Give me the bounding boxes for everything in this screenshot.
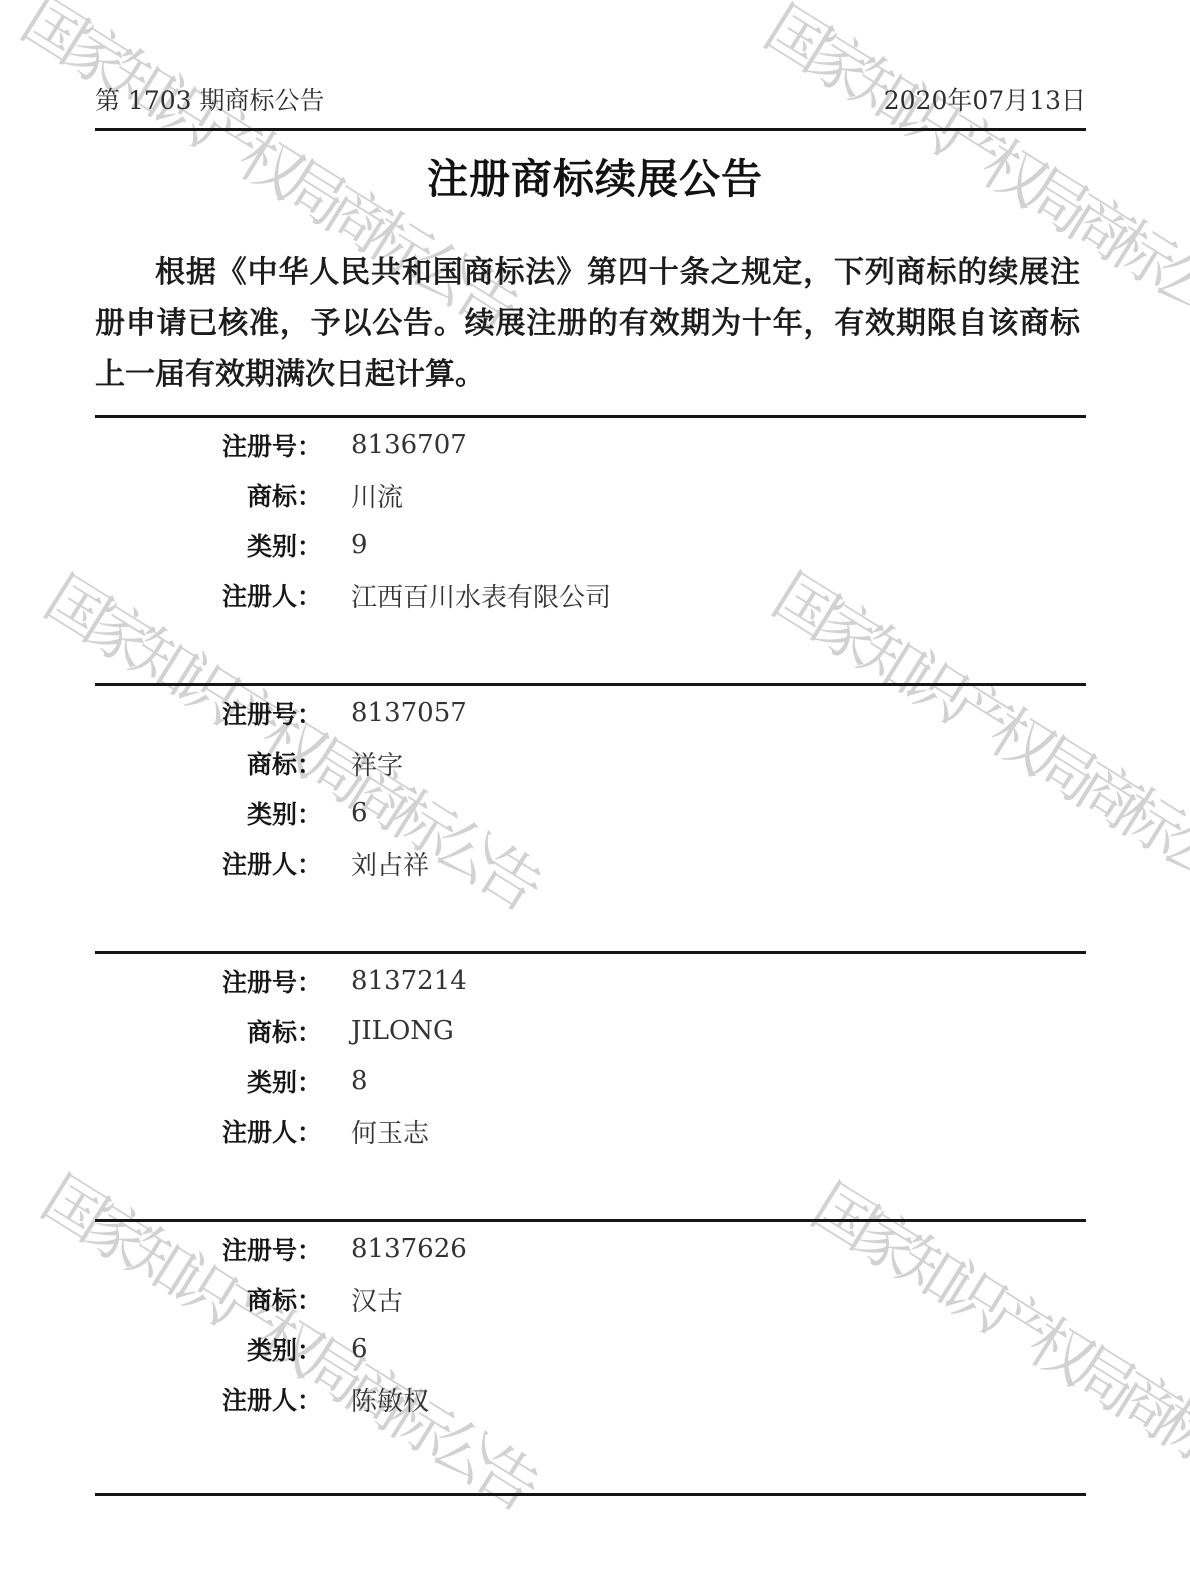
field-value-class: 9 <box>351 530 368 560</box>
field-value-class: 8 <box>351 1066 368 1096</box>
field-value-reg-no: 8137626 <box>351 1234 467 1264</box>
record-row-mark: 商标： 汉古 <box>95 1274 1086 1324</box>
field-label-mark: 商标： <box>95 1281 322 1317</box>
field-value-class: 6 <box>351 1334 368 1364</box>
record-row-class: 类别： 6 <box>95 788 1086 838</box>
record-row-registrant: 注册人： 刘占祥 <box>95 838 1086 888</box>
field-value-reg-no: 8137057 <box>351 698 467 728</box>
record: 注册号： 8137626 商标： 汉古 类别： 6 注册人： 陈敏权 <box>95 1219 1086 1487</box>
field-value-mark: JILONG <box>351 1016 454 1046</box>
issue-label: 第 1703 期商标公告 <box>95 86 325 116</box>
page-title: 注册商标续展公告 <box>0 146 1190 205</box>
field-value-registrant: 江西百川水表有限公司 <box>351 577 611 614</box>
date-label: 2020年07月13日 <box>884 86 1086 116</box>
record: 注册号： 8137057 商标： 祥字 类别： 6 注册人： 刘占祥 <box>95 683 1086 951</box>
field-label-class: 类别： <box>95 1063 322 1099</box>
field-label-reg-no: 注册号： <box>95 695 322 731</box>
header-rule <box>95 128 1086 131</box>
field-value-class: 6 <box>351 798 368 828</box>
record-row-reg-no: 注册号： 8137626 <box>95 1224 1086 1274</box>
field-value-mark: 川流 <box>351 477 403 514</box>
field-value-mark: 祥字 <box>351 745 403 782</box>
field-value-registrant: 何玉志 <box>351 1113 429 1150</box>
field-label-class: 类别： <box>95 1331 322 1367</box>
field-label-reg-no: 注册号： <box>95 963 322 999</box>
field-value-registrant: 刘占祥 <box>351 845 429 882</box>
field-label-registrant: 注册人： <box>95 1381 322 1417</box>
field-label-reg-no: 注册号： <box>95 1231 322 1267</box>
field-label-mark: 商标： <box>95 1013 322 1049</box>
record-row-registrant: 注册人： 陈敏权 <box>95 1374 1086 1424</box>
record-row-registrant: 注册人： 江西百川水表有限公司 <box>95 570 1086 620</box>
field-label-registrant: 注册人： <box>95 577 322 613</box>
field-label-class: 类别： <box>95 527 322 563</box>
record-row-class: 类别： 8 <box>95 1056 1086 1106</box>
record-row-reg-no: 注册号： 8136707 <box>95 420 1086 470</box>
field-value-reg-no: 8137214 <box>351 966 467 996</box>
intro-paragraph: 根据《中华人民共和国商标法》第四十条之规定，下列商标的续展注册申请已核准，予以公… <box>95 247 1080 400</box>
bottom-rule <box>95 1493 1086 1496</box>
field-label-reg-no: 注册号： <box>95 427 322 463</box>
field-label-mark: 商标： <box>95 745 322 781</box>
gazette-page: 第 1703 期商标公告 2020年07月13日 注册商标续展公告 根据《中华人… <box>0 0 1190 1596</box>
header: 第 1703 期商标公告 2020年07月13日 <box>95 86 1086 116</box>
records-list: 注册号： 8136707 商标： 川流 类别： 9 注册人： 江西百川水表有限公… <box>95 415 1086 1487</box>
record-row-reg-no: 注册号： 8137214 <box>95 956 1086 1006</box>
record: 注册号： 8136707 商标： 川流 类别： 9 注册人： 江西百川水表有限公… <box>95 415 1086 683</box>
record-row-mark: 商标： JILONG <box>95 1006 1086 1056</box>
field-value-reg-no: 8136707 <box>351 430 467 460</box>
record: 注册号： 8137214 商标： JILONG 类别： 8 注册人： 何玉志 <box>95 951 1086 1219</box>
field-value-mark: 汉古 <box>351 1281 403 1318</box>
field-value-registrant: 陈敏权 <box>351 1381 429 1418</box>
field-label-registrant: 注册人： <box>95 1113 322 1149</box>
record-row-mark: 商标： 祥字 <box>95 738 1086 788</box>
record-row-reg-no: 注册号： 8137057 <box>95 688 1086 738</box>
record-row-class: 类别： 6 <box>95 1324 1086 1374</box>
field-label-class: 类别： <box>95 795 322 831</box>
field-label-mark: 商标： <box>95 477 322 513</box>
page: { "header": { "issue": "第 1703 期商标公告", "… <box>0 0 1190 1596</box>
field-label-registrant: 注册人： <box>95 845 322 881</box>
record-row-class: 类别： 9 <box>95 520 1086 570</box>
record-row-mark: 商标： 川流 <box>95 470 1086 520</box>
record-row-registrant: 注册人： 何玉志 <box>95 1106 1086 1156</box>
